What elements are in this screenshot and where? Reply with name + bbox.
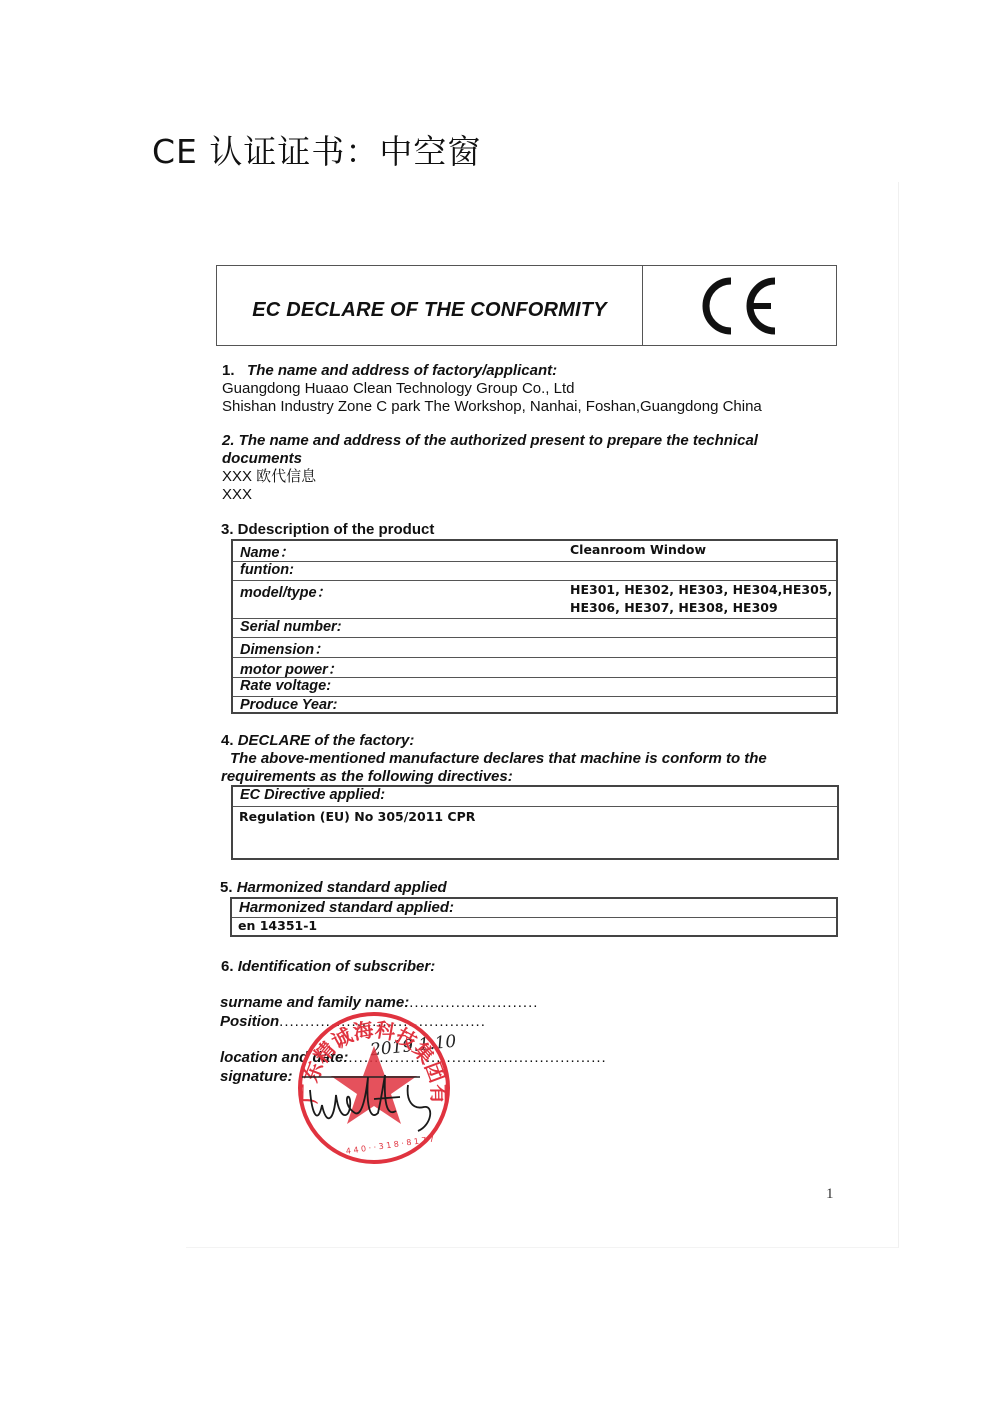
row-label: motor power：	[233, 658, 570, 677]
section2-heading: 2. The name and address of the authorize…	[222, 432, 758, 450]
row-label: Dimension：	[233, 638, 570, 657]
row-label: Serial number:	[233, 619, 570, 637]
table-row: Rate voltage:	[233, 678, 836, 697]
row-label: Produce Year:	[233, 697, 570, 714]
section5-heading: Harmonized standard applied	[237, 879, 447, 896]
row-label: funtion:	[233, 562, 570, 580]
section1-heading: The name and address of factory/applican…	[247, 362, 557, 379]
row-label: Name：	[233, 541, 570, 561]
dotted-leader: .........................	[409, 994, 538, 1011]
directive-table: EC Directive applied: Regulation (EU) No…	[231, 785, 839, 860]
model-list-line1: HE301, HE302, HE303, HE304,HE305,	[570, 582, 832, 597]
directive-value: Regulation (EU) No 305/2011 CPR	[233, 807, 837, 824]
section2-heading-cont: documents	[222, 450, 758, 468]
rep-line2: XXX	[222, 486, 758, 504]
standard-header: Harmonized standard applied:	[232, 899, 569, 917]
factory-name: Guangdong Huaao Clean Technology Group C…	[222, 380, 762, 398]
section-declaration: 4. DECLARE of the factory: The above-men…	[221, 732, 767, 786]
rep-line1: XXX 欧代信息	[222, 468, 758, 486]
row-value: HE301, HE302, HE303, HE304,HE305, HE306,…	[570, 581, 832, 618]
section6-heading: Identification of subscriber:	[238, 958, 436, 975]
row-value: Cleanroom Window	[570, 541, 706, 561]
table-row: motor power：	[233, 658, 836, 678]
directive-header: EC Directive applied:	[233, 787, 570, 806]
declaration-text2: requirements as the following directives…	[221, 768, 767, 786]
certificate-title: EC DECLARE OF THE CONFORMITY	[217, 266, 643, 345]
factory-address: Shishan Industry Zone C park The Worksho…	[222, 398, 762, 416]
row-label: model/type：	[233, 581, 570, 618]
signature-field: signature:	[220, 1068, 293, 1085]
product-description-table: Name： Cleanroom Window funtion: model/ty…	[231, 539, 838, 714]
surname-label: surname and family name:	[220, 994, 409, 1011]
certificate-header: EC DECLARE OF THE CONFORMITY	[216, 265, 837, 346]
standard-value: en 14351-1	[232, 918, 836, 933]
table-row: Produce Year:	[233, 697, 836, 714]
ce-mark-icon	[643, 266, 836, 345]
table-row: model/type： HE301, HE302, HE303, HE304,H…	[233, 581, 836, 619]
declaration-text1: The above-mentioned manufacture declares…	[221, 750, 767, 768]
table-row: Harmonized standard applied:	[232, 899, 836, 918]
surname-field: surname and family name:................…	[220, 994, 538, 1011]
signature-label: signature:	[220, 1068, 293, 1085]
table-row: EC Directive applied:	[233, 787, 837, 807]
model-list-line2: HE306, HE307, HE308, HE309	[570, 600, 778, 615]
section-harmonized: 5. Harmonized standard applied	[220, 879, 447, 897]
section3-heading: 3. Ddescription of the product	[221, 521, 434, 539]
section1-number: 1.	[222, 362, 235, 379]
section4-number: 4.	[221, 732, 234, 749]
position-label: Position	[220, 1013, 279, 1030]
section-factory: 1. The name and address of factory/appli…	[222, 362, 762, 416]
row-label: Rate voltage:	[233, 678, 570, 696]
table-row: funtion:	[233, 562, 836, 581]
section-subscriber: 6. Identification of subscriber:	[221, 958, 435, 976]
section6-number: 6.	[221, 958, 234, 975]
section4-heading: DECLARE of the factory:	[238, 732, 415, 749]
standard-table: Harmonized standard applied: en 14351-1	[230, 897, 838, 937]
table-row: Name： Cleanroom Window	[233, 541, 836, 562]
page-number: 1	[826, 1186, 834, 1203]
table-row: Serial number:	[233, 619, 836, 638]
section5-number: 5.	[220, 879, 233, 896]
page-title: CE 认证证书：中空窗	[152, 126, 481, 173]
handwritten-signature-icon	[300, 1055, 450, 1150]
table-row: Dimension：	[233, 638, 836, 658]
section-authorized-rep: 2. The name and address of the authorize…	[222, 432, 758, 504]
